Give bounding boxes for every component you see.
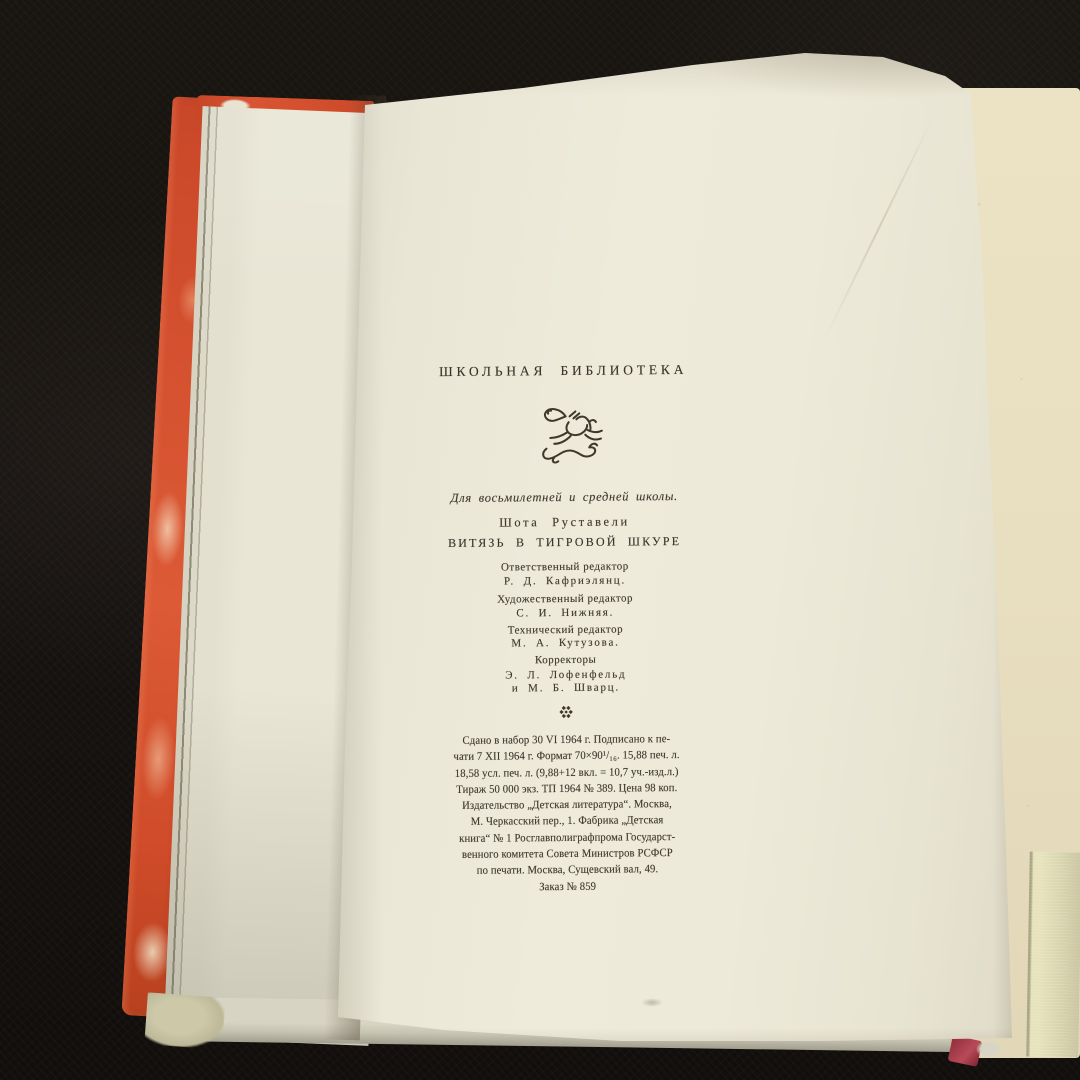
- asterisk-divider-icon: [429, 703, 703, 721]
- ink-smudge: [641, 998, 663, 1007]
- credit-role-responsible-editor: Ответственный редактор: [428, 560, 702, 574]
- credit-name-technical-editor: М. А. Кутузова.: [428, 636, 702, 650]
- credit-name-responsible-editor: Р. Д. Кафриэлянц.: [428, 574, 702, 588]
- credit-role-art-editor: Художественный редактор: [428, 592, 702, 606]
- credit-role-proofreaders: Корректоры: [429, 653, 703, 667]
- book-title: ВИТЯЗЬ В ТИГРОВОЙ ШКУРЕ: [428, 534, 702, 551]
- page-block-corner: [144, 992, 225, 1049]
- audience-line: Для восьмилетней и средней школы.: [427, 489, 701, 506]
- series-title: ШКОЛЬНАЯ БИБЛИОТЕКА: [426, 362, 700, 380]
- imprint-line: чати 7 XII 1964 г. Формат 70×90¹/₁₆. 15,…: [436, 747, 696, 766]
- author-name: Шота Руставели: [427, 514, 701, 531]
- book-photo: ШКОЛЬНАЯ БИБЛИОТЕКА: [0, 0, 1080, 1080]
- imprint-line: Заказ № 859: [437, 878, 697, 897]
- cover-cloth-fore-edge: [1026, 852, 1080, 1058]
- credit-name-proofreader-1: Э. Л. Лофенфельд: [429, 668, 703, 682]
- page-crease: [823, 115, 934, 341]
- credit-role-technical-editor: Технический редактор: [428, 623, 702, 637]
- colophon-text-block: ШКОЛЬНАЯ БИБЛИОТЕКА: [423, 47, 705, 969]
- binding-thread: [976, 1040, 1002, 1058]
- imprint-line: венного комитета Совета Министров РСФСР: [437, 845, 697, 864]
- credit-name-art-editor: С. И. Нижняя.: [428, 606, 702, 620]
- imprint-block: Сдано в набор 30 VI 1964 г. Подписано к …: [436, 731, 698, 896]
- credit-name-proofreader-2: и М. Б. Шварц.: [429, 681, 703, 695]
- imprint-line: М. Черкасский пер., 1. Фабрика „Детская: [437, 812, 697, 831]
- deer-ornament-icon: [533, 400, 608, 467]
- colophon-page: ШКОЛЬНАЯ БИБЛИОТЕКА: [323, 48, 1015, 1048]
